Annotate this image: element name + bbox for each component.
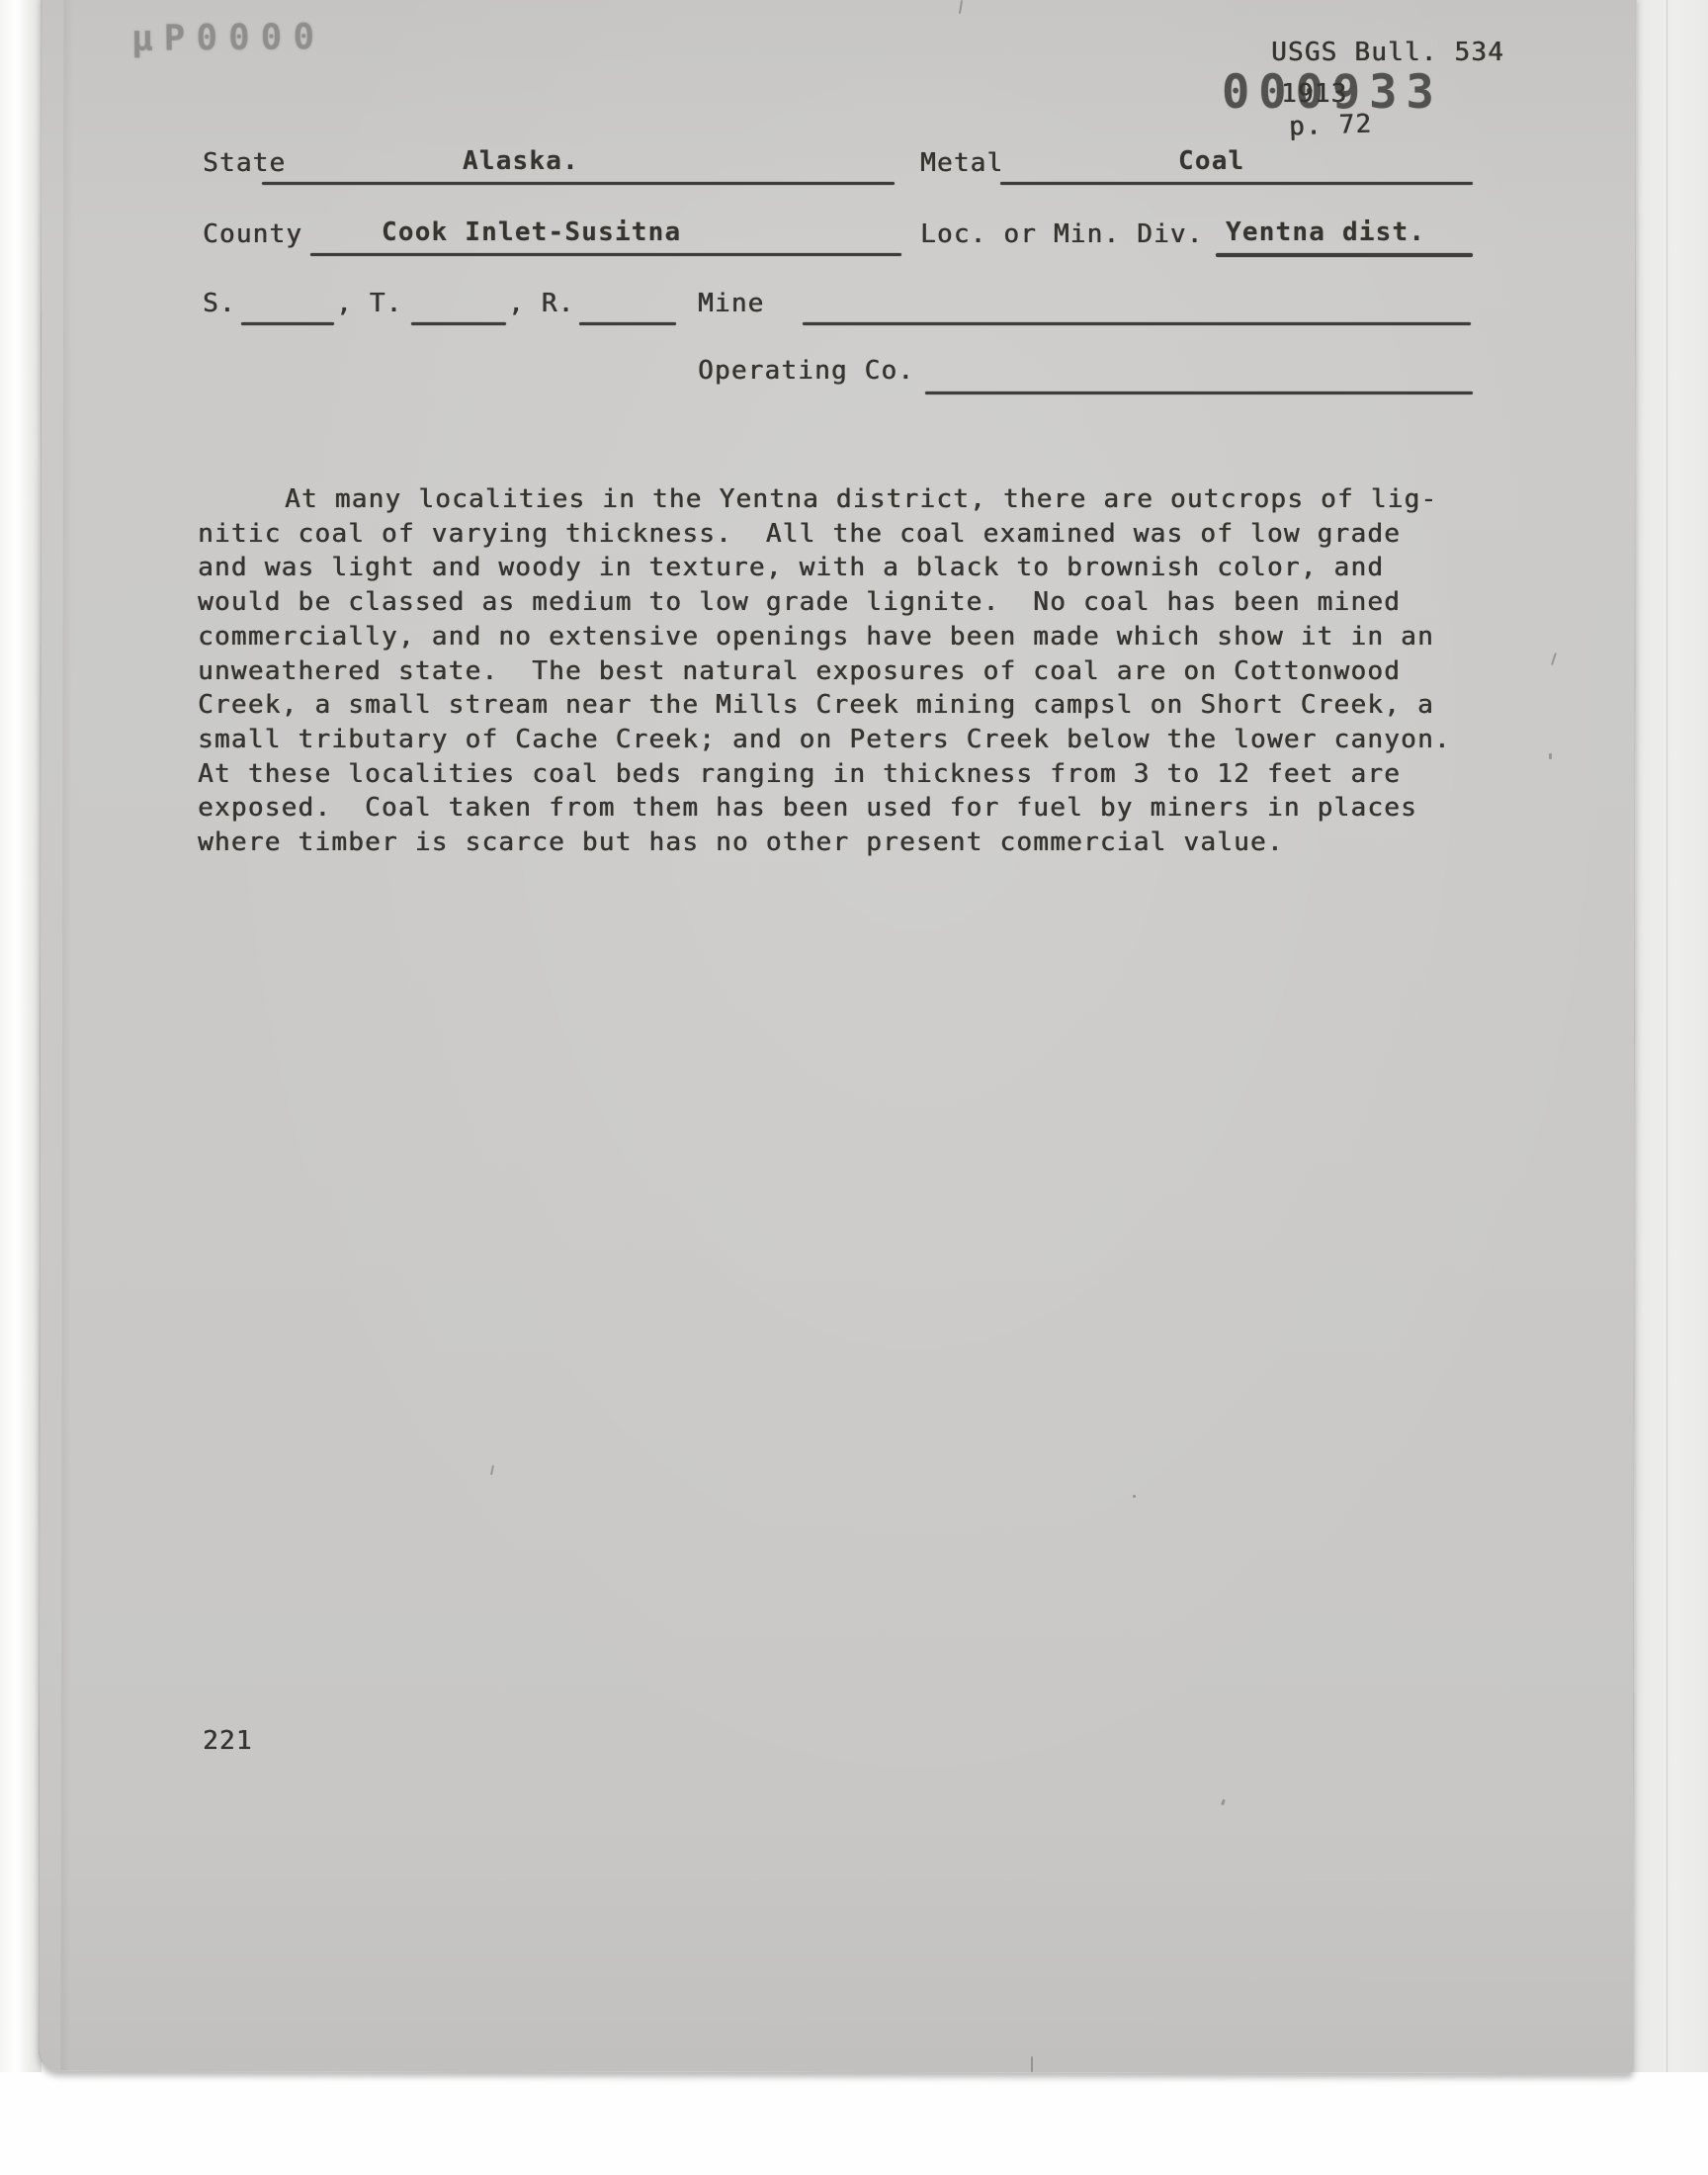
state-underline [262, 182, 895, 185]
metal-underline [1000, 182, 1473, 185]
metal-label: Metal [920, 148, 1003, 178]
paragraph-line: exposed. Coal taken from them has been u… [198, 791, 1473, 826]
range-blank [579, 322, 676, 325]
paragraph-line: nitic coal of varying thickness. All the… [198, 517, 1473, 552]
paragraph-line: At these localities coal beds ranging in… [198, 757, 1473, 792]
county-label: County [203, 219, 302, 249]
page-reference: p. 72 [1289, 110, 1373, 142]
paragraph-line: would be classed as medium to low grade … [198, 585, 1473, 620]
scanner-background-right [1631, 0, 1708, 2096]
location-underline [1216, 253, 1473, 257]
county-value: Cook Inlet-Susitna [382, 217, 681, 247]
mine-label: Mine [698, 289, 764, 318]
paragraph-line: small tributary of Cache Creek; and on P… [198, 723, 1473, 757]
mine-blank [803, 322, 1471, 325]
location-value: Yentna dist. [1226, 217, 1425, 247]
township-blank [411, 322, 506, 325]
section-blank [241, 322, 334, 325]
scanner-background-bottom [0, 2072, 1708, 2175]
year-text: 1913 [1281, 79, 1347, 109]
paragraph-line: unweathered state. The best natural expo… [198, 654, 1473, 689]
scan-artifact-speck [1133, 1495, 1136, 1498]
section-label: S. [203, 289, 236, 318]
paragraph-line: At many localities in the Yentna distric… [198, 482, 1473, 517]
scan-artifact-tick-bottom [1031, 2056, 1033, 2072]
scan-artifact-speck [1549, 753, 1552, 759]
bulletin-reference: USGS Bull. 534 [1271, 38, 1504, 67]
paper-crease [61, 0, 74, 2071]
scanner-background-left [0, 0, 42, 2096]
operating-co-label: Operating Co. [698, 356, 914, 386]
state-value: Alaska. [463, 146, 579, 176]
body-paragraph: At many localities in the Yentna distric… [198, 482, 1473, 860]
metal-value: Coal [1178, 146, 1244, 176]
paper-sheet [39, 0, 1637, 2073]
paragraph-line: commercially, and no extensive openings … [198, 620, 1473, 654]
range-label: , R. [508, 289, 574, 318]
location-label: Loc. or Min. Div. [920, 219, 1204, 249]
operating-co-blank [925, 391, 1473, 394]
paragraph-line: where timber is scarce but has no other … [198, 826, 1473, 860]
page-number: 221 [203, 1726, 253, 1756]
paragraph-line: Creek, a small stream near the Mills Cre… [198, 688, 1473, 723]
state-label: State [203, 148, 286, 178]
paragraph-line: and was light and woody in texture, with… [198, 551, 1473, 585]
township-label: , T. [336, 289, 402, 318]
scan-seam-line [1666, 0, 1667, 2096]
scanned-page: µP0000 USGS Bull. 534 000933 1913 p. 72 … [0, 0, 1708, 2175]
county-underline [310, 253, 901, 256]
faded-ink-stamp: µP0000 [131, 17, 325, 59]
